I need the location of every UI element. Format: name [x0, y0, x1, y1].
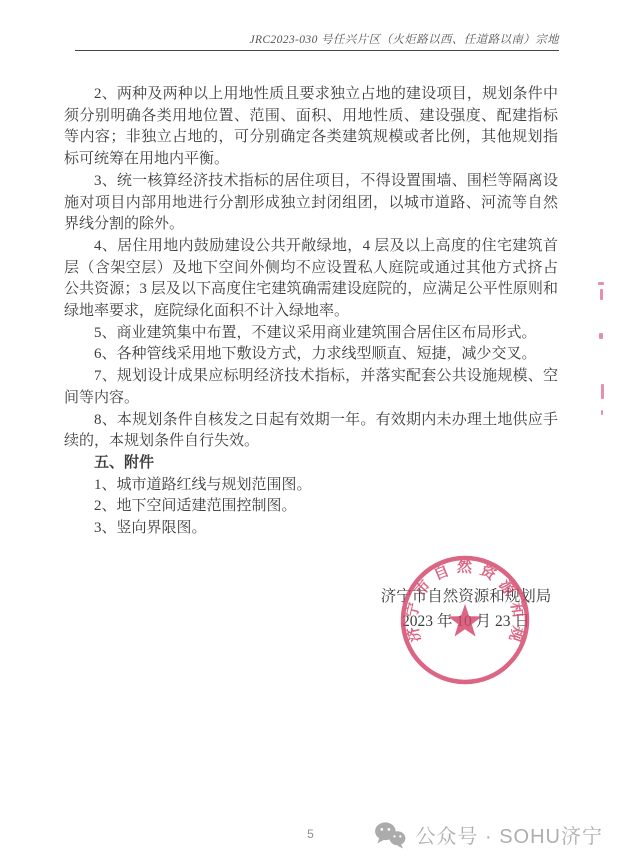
- attachment-item-3: 3、竖向界限图。: [64, 518, 558, 540]
- watermark-text: 公众号 · SOHU济宁: [415, 820, 603, 849]
- body-paragraph-3: 3、统一核算经济技术指标的居住项目，不得设置围墙、围栏等隔离设施对项目内部用地进…: [64, 171, 558, 236]
- seal-star-icon: [448, 604, 482, 637]
- body-paragraph-8: 8、本规划条件自核发之日起有效期一年。有效期内未办理土地供应手续的，本规划条件自…: [64, 410, 558, 453]
- seal-ring-text: 济宁市自然资源和规划局: [395, 550, 528, 650]
- section-heading-attachments: 五、附件: [64, 453, 558, 475]
- body-paragraph-7: 7、规划设计成果应标明经济技术指标，并落实配套公共设施规模、空间等内容。: [64, 366, 558, 409]
- wechat-icon: [373, 821, 407, 849]
- attachment-item-1: 1、城市道路红线与规划范围图。: [64, 475, 558, 497]
- header-doc-ref: JRC2023-030 号任兴片区（火炬路以西、任道路以南）宗地: [249, 31, 559, 47]
- scan-artifact-mark: [600, 289, 603, 300]
- body-paragraph-4: 4、居住用地内鼓励建设公共开敞绿地，4 层及以上高度的住宅建筑首层（含架空层）及…: [64, 236, 558, 323]
- scan-artifact-mark: [598, 282, 604, 285]
- body-paragraph-5: 5、商业建筑集中布置，不建议采用商业建筑围合居住区布局形式。: [64, 323, 558, 345]
- body-paragraph-6: 6、各种管线采用地下敷设方式，力求线型顺直、短捷，减少交叉。: [64, 344, 558, 366]
- scan-artifact-mark: [601, 384, 604, 399]
- document-body: 2、两种及两种以上用地性质且要求独立占地的建设项目，规划条件中须分别明确各类用地…: [64, 84, 558, 540]
- attachment-item-2: 2、地下空间适建范围控制图。: [64, 496, 558, 518]
- body-paragraph-2: 2、两种及两种以上用地性质且要求独立占地的建设项目，规划条件中须分别明确各类用地…: [64, 84, 558, 171]
- scan-artifact-mark: [599, 333, 603, 339]
- official-seal: 济宁市自然资源和规划局: [395, 550, 535, 690]
- footer-watermark: 公众号 · SOHU济宁: [373, 820, 603, 849]
- scan-artifact-mark: [601, 410, 603, 415]
- document-page: JRC2023-030 号任兴片区（火炬路以西、任道路以南）宗地 2、两种及两种…: [0, 0, 621, 859]
- header-rule: [75, 50, 559, 51]
